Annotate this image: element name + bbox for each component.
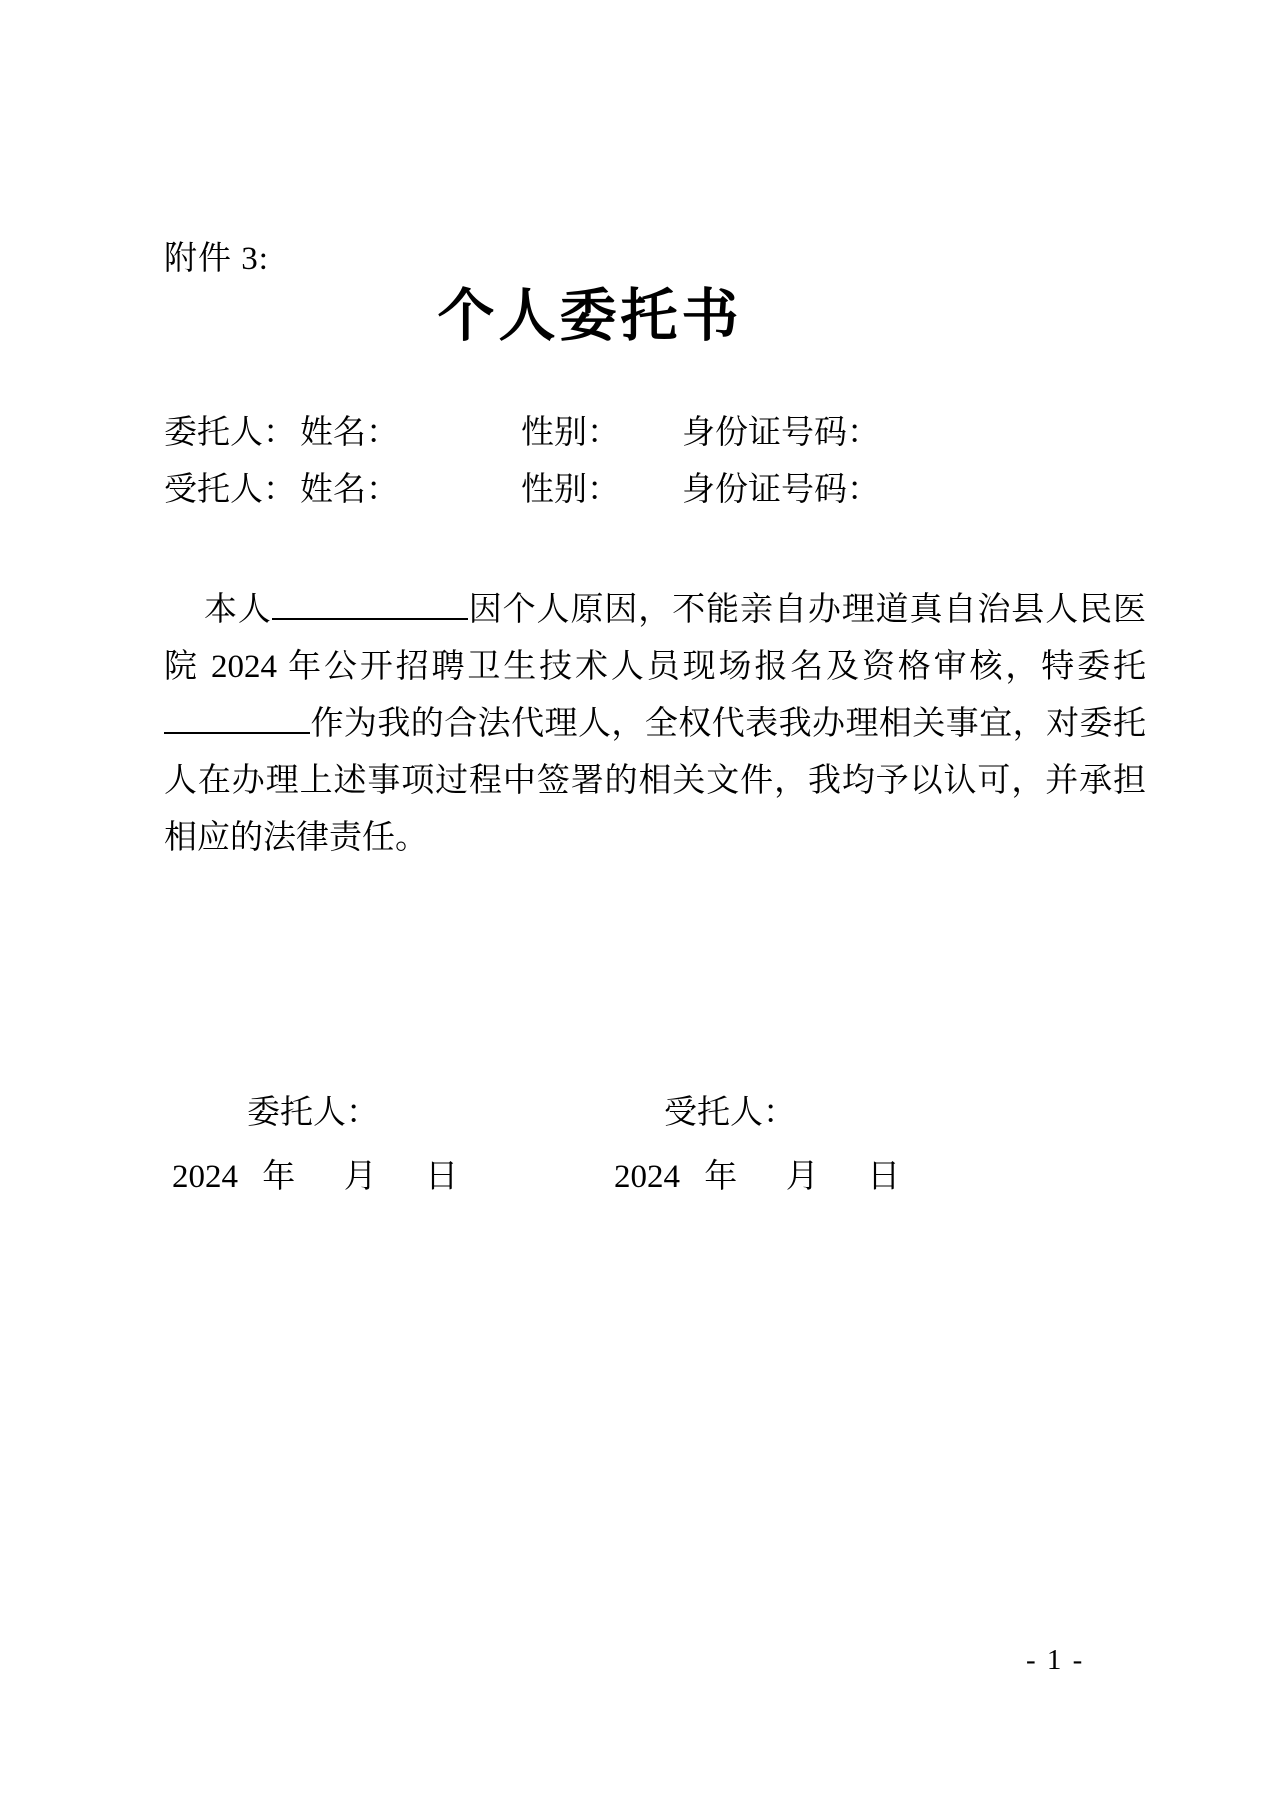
principal-gender-label: 性别： <box>521 406 620 453</box>
agent-gender-label: 性别： <box>521 463 620 510</box>
signature-section: 委托人： 受托人： 2024 年 月 日 2024 年 月 日 <box>150 1086 1200 1236</box>
agent-info-row: 受托人： 姓名： 性别： 身份证号码： <box>164 455 1164 512</box>
body-paragraph: 本人因个人原因，不能亲自办理道真自治县人民医院 2024 年公开招聘卫生技术人员… <box>164 582 1146 867</box>
parties-section: 委托人： 姓名： 性别： 身份证号码： 受托人： 姓名： 性别： 身份证号码： <box>164 398 1164 512</box>
signature-principal-label: 委托人： <box>247 1086 379 1133</box>
principal-date-line: 2024 年 月 日 <box>172 1150 458 1197</box>
body-text-part3: 作为我的合法代理人，全权代表我办理相关事宜，对委托人在办理上述事项过程中签署的相… <box>164 706 1146 856</box>
document-title: 个人委托书 <box>0 270 1180 352</box>
body-text-part1: 本人 <box>204 592 272 628</box>
principal-id-label: 身份证号码： <box>682 406 880 453</box>
principal-info-row: 委托人： 姓名： 性别： 身份证号码： <box>164 398 1164 455</box>
agent-name-blank-line <box>164 702 310 734</box>
principal-name-blank-line <box>272 588 468 620</box>
agent-date-line: 2024 年 月 日 <box>614 1150 900 1197</box>
principal-name-label: 姓名： <box>300 406 399 453</box>
agent-id-label: 身份证号码： <box>682 463 880 510</box>
agent-role-label: 受托人： <box>164 463 296 510</box>
agent-name-label: 姓名： <box>300 463 399 510</box>
signature-agent-label: 受托人： <box>664 1086 796 1133</box>
principal-role-label: 委托人： <box>164 406 296 453</box>
page-number: - 1 - <box>1026 1644 1084 1677</box>
